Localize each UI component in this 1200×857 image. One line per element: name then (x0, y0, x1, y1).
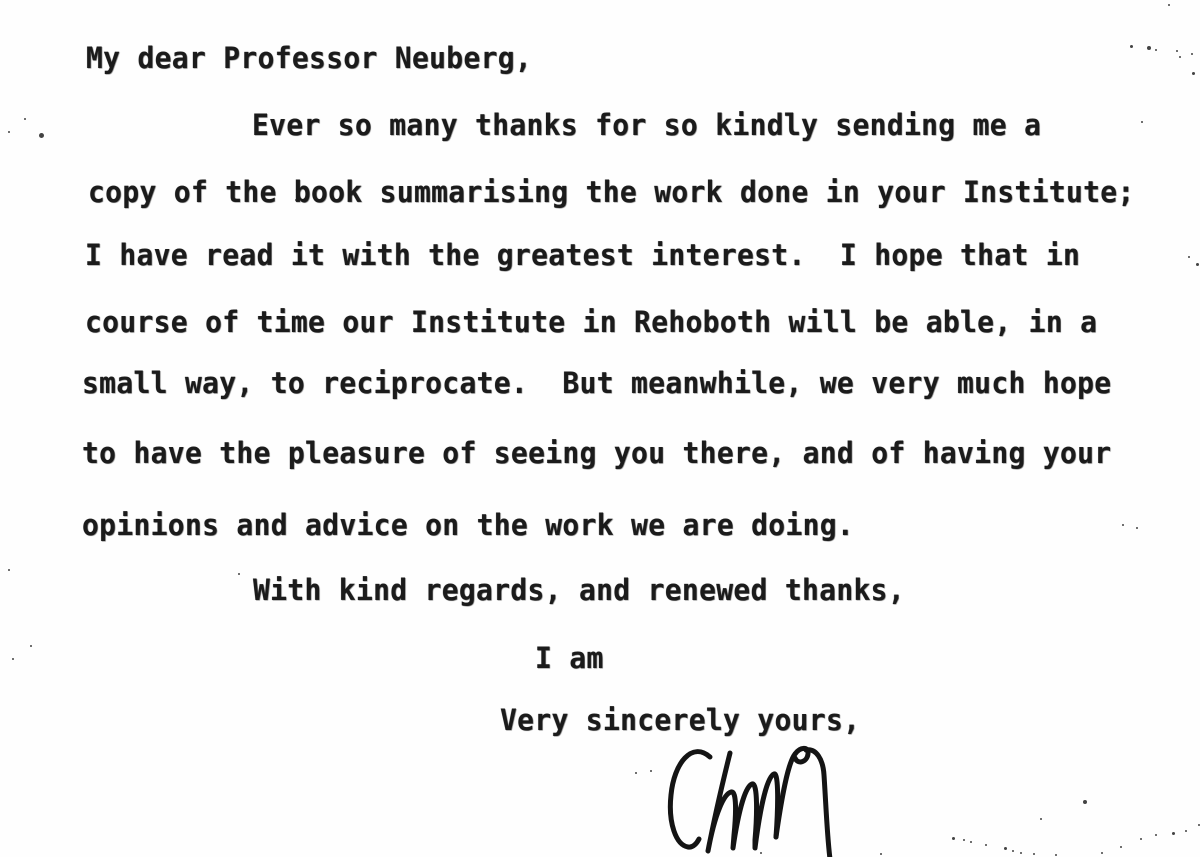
speck-dot (1179, 56, 1181, 58)
speck-dot (12, 658, 14, 660)
speck-dot (238, 573, 240, 575)
speck-dot (1012, 850, 1014, 852)
speck-dot (880, 853, 882, 855)
closing-line: With kind regards, and renewed thanks, (253, 575, 905, 607)
speck-dot (1122, 524, 1124, 526)
speck-dot (952, 837, 955, 840)
speck-dot (1191, 53, 1193, 55)
speck-dot (1136, 527, 1138, 529)
speck-dot (1155, 834, 1157, 836)
speck-dot (963, 839, 965, 841)
speck-dot (295, 199, 297, 201)
speck-dot (1141, 121, 1143, 123)
speck-dot (1130, 45, 1133, 48)
speck-dot (39, 133, 44, 138)
body-line: copy of the book summarising the work do… (88, 177, 1135, 209)
pre-valediction: I am (535, 643, 604, 675)
speck-dot (970, 841, 972, 843)
speck-dot (760, 852, 762, 854)
body-line: course of time our Institute in Rehoboth… (85, 307, 1097, 339)
speck-dot (1168, 4, 1170, 6)
speck-dot (1101, 852, 1103, 854)
speck-dot (1055, 854, 1057, 856)
speck-dot (1155, 49, 1157, 51)
speck-dot (985, 844, 987, 846)
speck-dot (1176, 50, 1178, 52)
speck-dot (1083, 800, 1087, 804)
speck-dot (1147, 46, 1151, 50)
speck-dot (650, 770, 652, 772)
speck-dot (1188, 256, 1190, 258)
speck-dot (30, 645, 32, 647)
body-line: Ever so many thanks for so kindly sendin… (252, 110, 1041, 142)
speck-dot (1040, 818, 1042, 820)
signature (618, 735, 858, 857)
speck-dot (1004, 847, 1007, 850)
speck-dot (24, 118, 26, 120)
body-line: opinions and advice on the work we are d… (82, 510, 854, 542)
speck-dot (1120, 846, 1122, 848)
speck-dot (1172, 832, 1175, 835)
body-line: I have read it with the greatest interes… (85, 240, 1080, 272)
signature-icon (618, 735, 858, 857)
speck-dot (8, 569, 10, 571)
letter-page: My dear Professor Neuberg, Ever so many … (0, 0, 1200, 857)
speck-dot (1033, 853, 1035, 855)
speck-dot (1140, 838, 1142, 840)
body-line: to have the pleasure of seeing you there… (82, 438, 1111, 470)
speck-dot (8, 131, 10, 133)
body-line: small way, to reciprocate. But meanwhile… (82, 368, 1111, 400)
speck-dot (635, 772, 637, 774)
valediction-line: Very sincerely yours, (500, 705, 860, 737)
speck-dot (1196, 263, 1199, 266)
salutation-line: My dear Professor Neuberg, (86, 43, 532, 75)
speck-dot (1185, 830, 1187, 832)
speck-dot (1020, 852, 1022, 854)
speck-dot (1192, 72, 1195, 75)
